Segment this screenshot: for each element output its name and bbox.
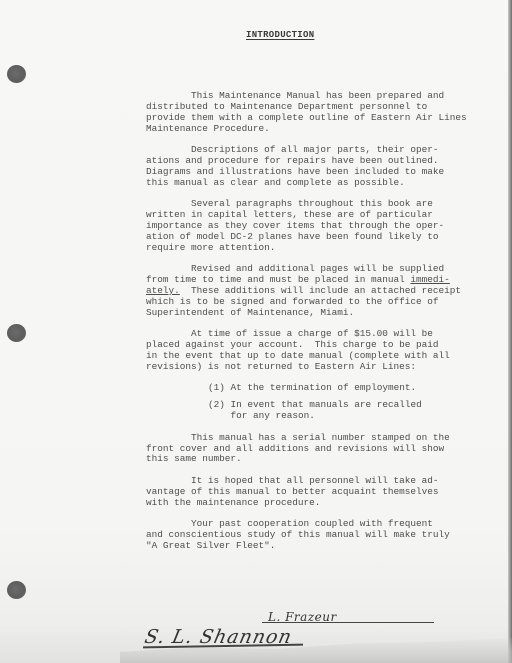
paragraph-serial-number: This manual has a serial number stamped … [146, 433, 446, 466]
paragraph-revisions: Revised and additional pages will be sup… [146, 264, 446, 319]
paragraph-advantage: It is hoped that all personnel will take… [146, 476, 446, 509]
paragraph-capital-letters: Several paragraphs throughout this book … [146, 199, 446, 254]
binder-hole-icon [7, 65, 26, 83]
conditions-list: (1) At the termination of employment. (2… [146, 383, 446, 422]
paragraph-purpose: This Maintenance Manual has been prepare… [146, 91, 446, 135]
page-title: INTRODUCTION [246, 30, 314, 40]
list-item: (2) In event that manuals are recalled f… [208, 400, 446, 422]
page-edge-shadow [508, 0, 512, 663]
binder-hole-icon [7, 581, 26, 599]
binder-hole-icon [7, 324, 26, 342]
document-body: This Maintenance Manual has been prepare… [146, 91, 446, 562]
signature-line [262, 622, 434, 623]
paragraph-descriptions: Descriptions of all major parts, their o… [146, 145, 446, 189]
paragraph-charge: At time of issue a charge of $15.00 will… [146, 329, 446, 373]
list-item: (1) At the termination of employment. [208, 383, 446, 394]
paragraph-cooperation: Your past cooperation coupled with frequ… [146, 519, 446, 552]
